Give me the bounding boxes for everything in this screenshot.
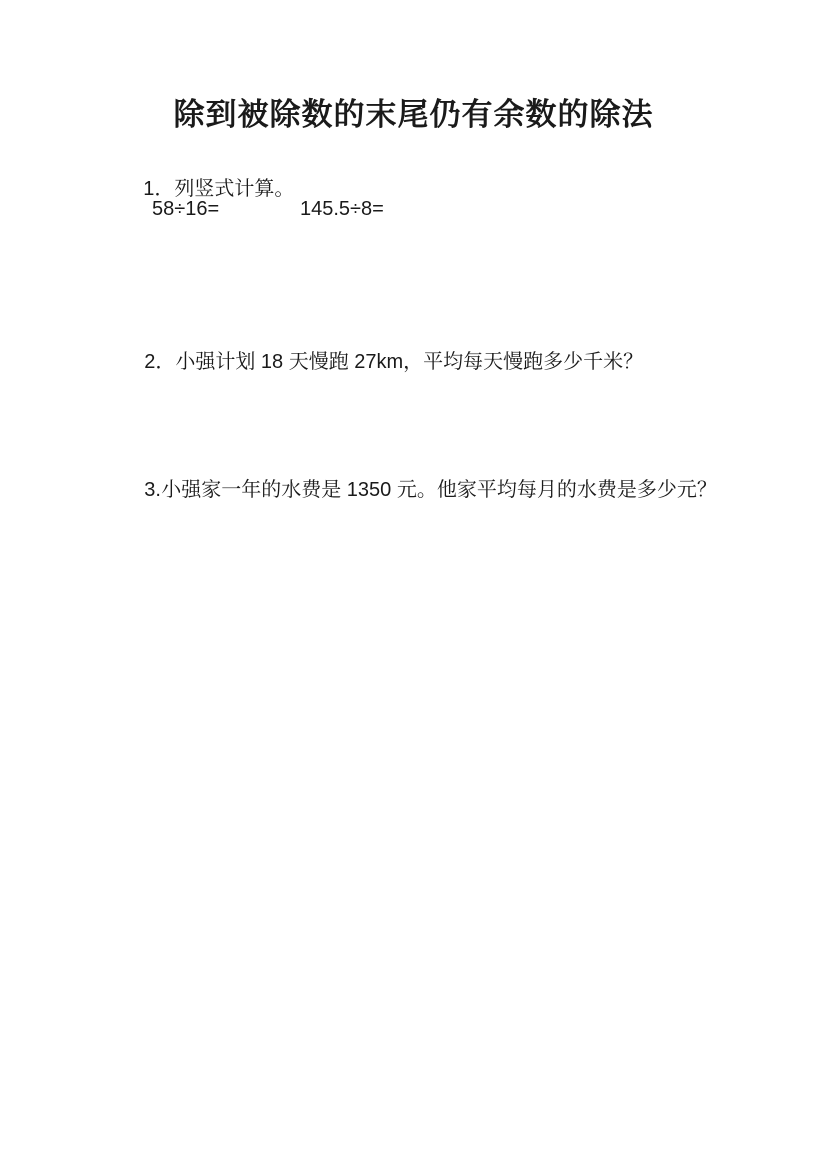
question-3: 3.小强家一年的水费是 1350 元。他家平均每月的水费是多少元？ [122,451,717,529]
question-3-text: 小强家一年的水费是 1350 元。他家平均每月的水费是多少元？ [161,479,717,501]
question-2-number: 2． [144,349,175,375]
question-3-number: 3. [144,477,161,503]
expression-1: 58÷16= [152,196,219,222]
page-title: 除到被除数的末尾仍有余数的除法 [0,96,827,135]
expression-2: 145.5÷8= [300,196,384,222]
question-2-text: 小强计划 18 天慢跑 27km，平均每天慢跑多少千米？ [175,351,643,373]
worksheet-page: 除到被除数的末尾仍有余数的除法 1．列竖式计算。 58÷16= 145.5÷8=… [0,0,827,1169]
question-2: 2．小强计划 18 天慢跑 27km，平均每天慢跑多少千米？ [122,323,643,401]
question-1-expressions: 58÷16= 145.5÷8= [0,196,827,224]
